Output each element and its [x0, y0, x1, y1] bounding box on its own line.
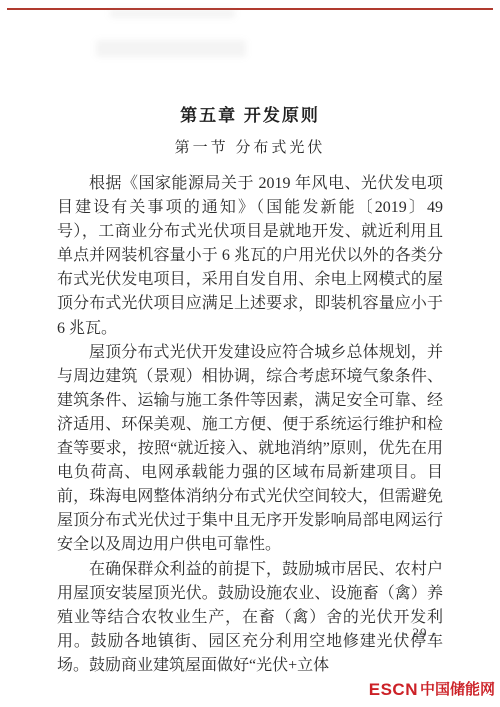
scan-bleed-mark	[96, 40, 246, 57]
chapter-title: 第五章 开发原则	[0, 101, 500, 126]
section-title: 第一节 分布式光伏	[0, 136, 500, 157]
page-number: - 29 -	[385, 625, 455, 641]
document-page: 第五章 开发原则 第一节 分布式光伏 根据《国家能源局关于 2019 年风电、光…	[0, 0, 500, 707]
paragraph-3: 在确保群众利益的前提下，鼓励城市居民、农村户用屋顶安装屋顶光伏。鼓励设施农业、设…	[57, 558, 443, 678]
escn-logo-cjk: 中国储能网	[420, 680, 495, 700]
body-text: 根据《国家能源局关于 2019 年风电、光伏发电项目建设有关事项的通知》（国能发…	[57, 172, 443, 678]
top-red-rule	[7, 8, 493, 10]
scan-bleed-mark	[110, 9, 235, 18]
paragraph-1: 根据《国家能源局关于 2019 年风电、光伏发电项目建设有关事项的通知》（国能发…	[57, 172, 443, 341]
escn-logo-latin: ESCN	[369, 680, 418, 700]
escn-logo: ESCN 中国储能网	[369, 680, 495, 700]
paragraph-2: 屋顶分布式光伏开发建设应符合城乡总体规划，并与周边建筑（景观）相协调，综合考虑环…	[57, 341, 443, 558]
